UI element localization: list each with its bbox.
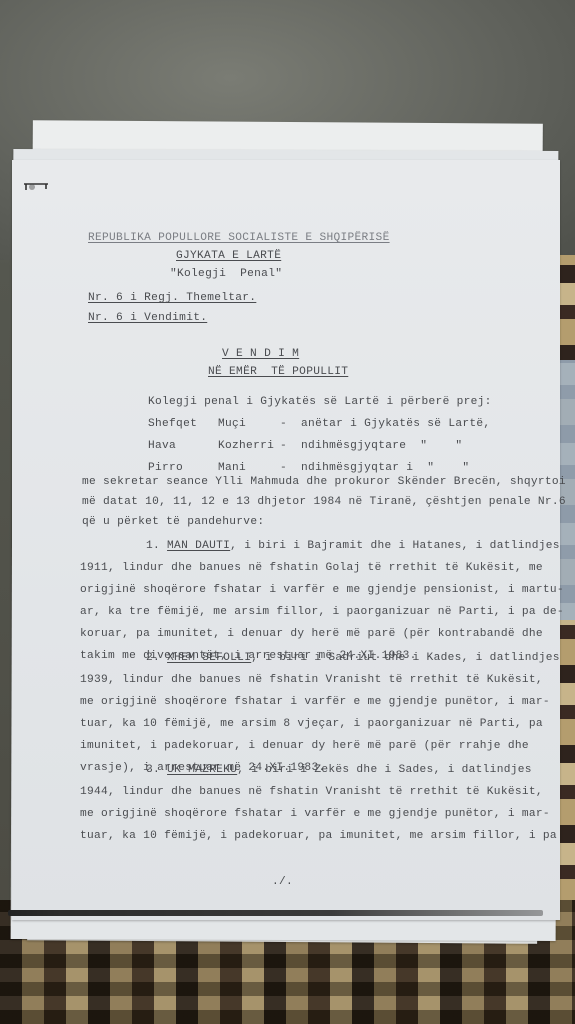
defendant-name: MAN DAUTI xyxy=(167,540,230,552)
court-heading: GJYKATA E LARTË xyxy=(176,250,281,262)
defendant-name: XHEM SEFOLLI xyxy=(167,652,251,664)
register-number: Nr. 6 i Regj. Themeltar. xyxy=(88,292,256,304)
panel-member-first-name: Shefqet xyxy=(148,418,197,430)
defendant-text-line: origjinë shoqërore fshatar i varfër e me… xyxy=(80,584,564,596)
defendant-entry: 1. MAN DAUTI, i biri i Bajramit dhe i Ha… xyxy=(146,540,560,552)
panel-member-role: - ndihmësgjyqtare " " xyxy=(280,440,462,452)
defendant-text-line: 1939, lindur dhe banues në fshatin Vrani… xyxy=(80,674,543,686)
panel-member-role: - ndihmësgjyqtar i " " xyxy=(280,462,469,474)
defendant-number: 3. xyxy=(146,764,167,776)
panel-member-first-name: Pirro xyxy=(148,462,183,474)
defendant-text-line: tuar, ka 10 fëmijë, me arsim 8 vjeçar, i… xyxy=(80,718,543,730)
defendant-text-line: me origjinë shoqërore fshatar i varfër e… xyxy=(80,808,550,820)
defendant-entry: 3. UK MAZREKU, i biri i Zekës dhe i Sade… xyxy=(146,764,532,776)
defendant-text-line: me origjinë shoqërore fshatar i varfër e… xyxy=(80,696,550,708)
composition-intro: Kolegji penal i Gjykatës së Lartë i përb… xyxy=(148,396,492,408)
defendant-text-line: koruar, pa imunitet, i denuar dy herë më… xyxy=(80,628,543,640)
typed-document: REPUBLIKA POPULLORE SOCIALISTE E SHQIPËR… xyxy=(0,0,575,1024)
panel-member-role: - anëtar i Gjykatës së Lartë, xyxy=(280,418,490,430)
defendant-name: UK MAZREKU xyxy=(167,764,237,776)
defendant-text: , i biri i Sadriut dhe i Kades, i datlin… xyxy=(251,652,560,664)
panel-member-last-name: Kozherri xyxy=(218,440,274,452)
republic-heading: REPUBLIKA POPULLORE SOCIALISTE E SHQIPËR… xyxy=(88,232,390,244)
panel-member-first-name: Hava xyxy=(148,440,176,452)
defendant-text-line: tuar, ka 10 fëmijë, i padekoruar, pa imu… xyxy=(80,830,557,842)
proceedings-line: me sekretar seance Ylli Mahmuda dhe prok… xyxy=(82,476,566,488)
college-heading: "Kolegji Penal" xyxy=(170,268,282,280)
proceedings-line: më datat 10, 11, 12 e 13 dhjetor 1984 në… xyxy=(82,496,566,508)
defendant-number: 2. xyxy=(146,652,167,664)
decision-title: V E N D I M xyxy=(222,348,299,360)
defendant-text-line: ar, ka tre fëmijë, me arsim fillor, i pa… xyxy=(80,606,564,618)
defendant-text-line: 1944, lindur dhe banues në fshatin Vrani… xyxy=(80,786,543,798)
defendant-text-line: imunitet, i padekoruar, i denuar dy herë… xyxy=(80,740,529,752)
continuation-mark: ./. xyxy=(272,876,293,888)
defendant-number: 1. xyxy=(146,540,167,552)
proceedings-line: që u përket të pandehurve: xyxy=(82,516,264,528)
defendant-text: , i biri i Bajramit dhe i Hatanes, i dat… xyxy=(230,540,560,552)
decision-subtitle: NË EMËR TË POPULLIT xyxy=(208,366,348,378)
defendant-entry: 2. XHEM SEFOLLI, i biri i Sadriut dhe i … xyxy=(146,652,560,664)
panel-member-last-name: Muçi xyxy=(218,418,246,430)
panel-member-last-name: Mani xyxy=(218,462,246,474)
defendant-text-line: 1911, lindur dhe banues në fshatin Golaj… xyxy=(80,562,543,574)
defendant-text: , i biri i Zekës dhe i Sades, i datlindj… xyxy=(237,764,532,776)
decision-number: Nr. 6 i Vendimit. xyxy=(88,312,207,324)
